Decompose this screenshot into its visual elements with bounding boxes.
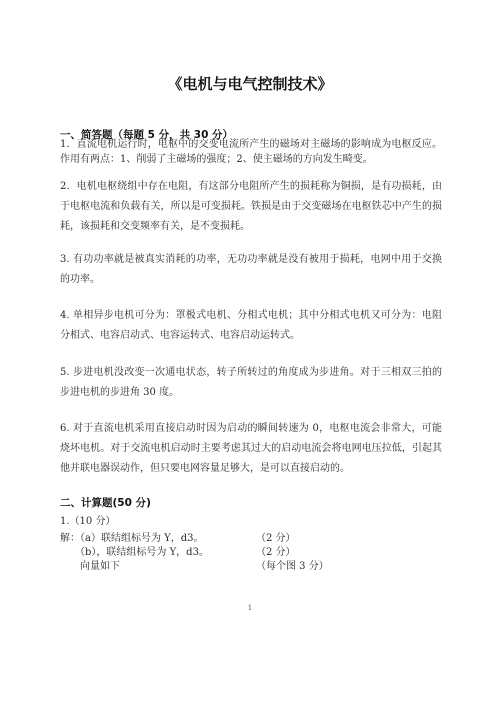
page-number: 1 [0,604,500,612]
question-1-label: 1.（10 分） [60,514,115,529]
answer-4: 4. 单相异步电机可分为：罩极式电机、分相式电机；其中分相式电机又可分为：电阻分… [60,306,442,346]
solution-text: 向量如下 [60,561,120,572]
solution-row-a: 解：（a）联结组标号为 Y，d3。 （2 分） [60,531,204,546]
document-page: 《电机与电气控制技术》 一、简答题（每题 5 分，共 30 分） 1．直流电机运… [0,0,500,707]
answer-2: 2．电机电枢绕组中存在电阻，有这部分电阻所产生的损耗称为铜损，是有功损耗，由于电… [60,177,442,237]
solution-row-b: （b），联结组标号为 Y，d3。 （2 分） [60,545,209,560]
answer-6: 6. 对于直流电机采用直接启动时因为启动的瞬间转速为 0，电枢电流会非常大，可能… [60,419,442,479]
section-2-heading: 二、计算题(50 分) [60,495,151,510]
solution-score: （每个图 3 分） [256,559,329,574]
solution-text: 解：（a）联结组标号为 Y，d3。 [60,533,204,544]
document-title: 《电机与电气控制技术》 [0,73,500,94]
solution-score: （2 分） [256,531,296,546]
solution-score: （2 分） [256,545,296,560]
answer-5: 5. 步进电机没改变一次通电状态，转子所转过的角度成为步进角。对于三相双三拍的步… [60,363,442,403]
answer-3: 3. 有功功率就是被真实消耗的功率，无功功率就是没有被用于损耗，电网中用于交换的… [60,250,442,290]
solution-text: （b），联结组标号为 Y，d3。 [60,547,209,558]
solution-row-vector: 向量如下 （每个图 3 分） [60,559,120,574]
answer-1: 1．直流电机运行时，电枢中的交变电流所产生的磁场对主磁场的影响成为电枢反应。作用… [60,137,442,167]
